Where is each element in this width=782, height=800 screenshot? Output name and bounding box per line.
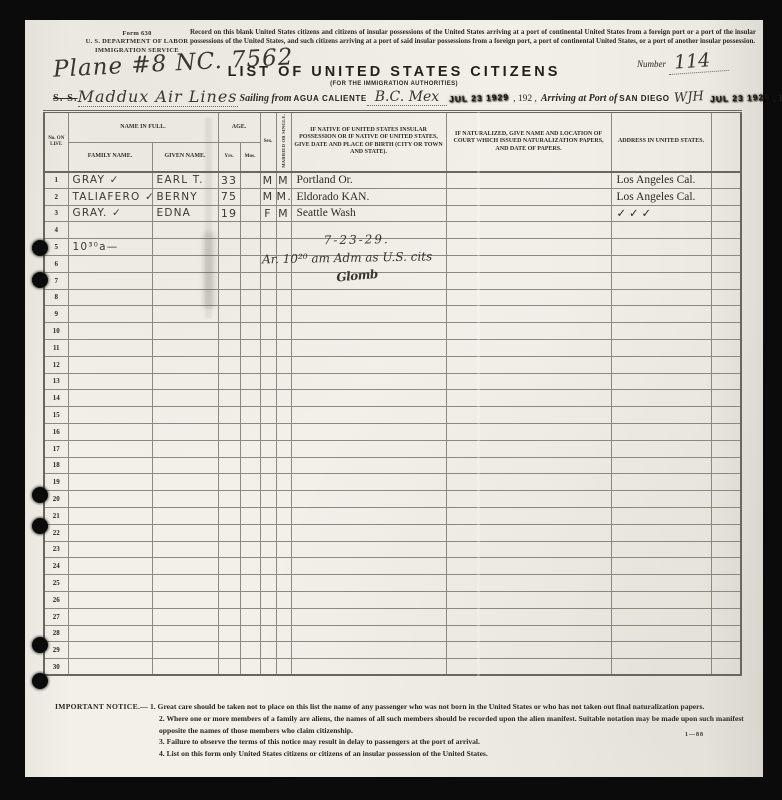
cell-address [611, 608, 711, 625]
cell-age-years [218, 373, 240, 390]
cell-age-years [218, 625, 240, 642]
cell-age-years [218, 323, 240, 340]
inspector-initials-handwritten: WJH [669, 89, 708, 107]
cell-address [611, 591, 711, 608]
cell-age-years: 33 [218, 172, 240, 189]
table-row: 1 GRAY ✓ EARL T. 33 M M Portland Or. Los… [44, 172, 741, 189]
cell-naturalization [446, 323, 611, 340]
year-blank-1: , 192 , [511, 94, 539, 104]
cell-age-months [240, 407, 260, 424]
scanned-document-page: Form 630 U. S. DEPARTMENT OF LABOR IMMIG… [0, 0, 782, 800]
admission-note-handwritten: 7-23-29. Ar. 10²⁰ am Adm as U.S. cits Gl… [262, 228, 533, 287]
cell-address [611, 306, 711, 323]
row-number: 18 [44, 457, 68, 474]
cell-naturalization [446, 474, 611, 491]
cell-age-years [218, 642, 240, 659]
cell-age-years [218, 524, 240, 541]
cell-married-single [276, 608, 291, 625]
cell-sex [260, 541, 276, 558]
cell-address [611, 625, 711, 642]
cell-address [611, 407, 711, 424]
cell-given-name [152, 541, 218, 558]
row-number: 19 [44, 474, 68, 491]
cell-naturalization [446, 625, 611, 642]
cell-married-single [276, 558, 291, 575]
cell-blank [711, 356, 741, 373]
cell-blank [711, 591, 741, 608]
cell-sex [260, 407, 276, 424]
sailing-line: S. S. Maddux Air Lines Sailing from AGUA… [53, 86, 761, 108]
table-row: 8 [44, 289, 741, 306]
cell-family-name [68, 423, 152, 440]
cell-married-single [276, 474, 291, 491]
cell-age-years [218, 474, 240, 491]
col-header-yrs: Yrs. [218, 142, 240, 171]
cell-married-single [276, 407, 291, 424]
cell-address [611, 222, 711, 239]
row-number: 11 [44, 339, 68, 356]
cell-address [611, 457, 711, 474]
cell-age-years [218, 491, 240, 508]
cell-naturalization [446, 172, 611, 189]
cell-age-months [240, 272, 260, 289]
row-number: 16 [44, 423, 68, 440]
cell-address [611, 289, 711, 306]
cell-birthplace [291, 659, 446, 676]
table-header: No. ON LIST. NAME IN FULL. AGE. Sex. MAR… [44, 112, 741, 172]
cell-blank [711, 608, 741, 625]
cell-given-name [152, 373, 218, 390]
cell-given-name [152, 407, 218, 424]
cell-naturalization [446, 524, 611, 541]
cell-naturalization [446, 289, 611, 306]
cell-blank [711, 222, 741, 239]
row-number: 10 [44, 323, 68, 340]
sailing-from-label: Sailing from [238, 93, 294, 104]
cell-family-name [68, 289, 152, 306]
cell-blank [711, 625, 741, 642]
cell-naturalization [446, 591, 611, 608]
cell-birthplace [291, 491, 446, 508]
cell-family-name [68, 390, 152, 407]
citizen-list-form: Form 630 U. S. DEPARTMENT OF LABOR IMMIG… [25, 20, 763, 777]
cell-age-months [240, 575, 260, 592]
cell-age-months [240, 642, 260, 659]
punch-hole [32, 518, 48, 534]
cell-age-years [218, 255, 240, 272]
cell-family-name [68, 474, 152, 491]
cell-address [611, 575, 711, 592]
cell-address [611, 642, 711, 659]
important-notice: IMPORTANT NOTICE.— 1. Great care should … [55, 701, 761, 760]
cell-family-name [68, 541, 152, 558]
row-number: 14 [44, 390, 68, 407]
cell-age-months [240, 356, 260, 373]
cell-sex [260, 356, 276, 373]
cell-age-months [240, 507, 260, 524]
col-header-married: MARRIED OR SINGLE. [276, 112, 291, 172]
cell-married-single [276, 507, 291, 524]
cell-naturalization [446, 205, 611, 222]
cell-age-years [218, 272, 240, 289]
cell-family-name [68, 524, 152, 541]
cell-naturalization [446, 457, 611, 474]
cell-naturalization [446, 440, 611, 457]
cell-given-name [152, 390, 218, 407]
cell-sex [260, 558, 276, 575]
cell-blank [711, 407, 741, 424]
cell-sex [260, 339, 276, 356]
passenger-table-wrap: No. ON LIST. NAME IN FULL. AGE. Sex. MAR… [43, 110, 742, 676]
punch-hole [32, 673, 48, 689]
cell-blank [711, 373, 741, 390]
cell-given-name [152, 507, 218, 524]
cell-blank [711, 172, 741, 189]
cell-birthplace [291, 440, 446, 457]
cell-family-name [68, 255, 152, 272]
cell-birthplace [291, 558, 446, 575]
cell-married-single: M. [276, 188, 291, 205]
cell-given-name [152, 323, 218, 340]
cell-address [611, 373, 711, 390]
cell-age-months [240, 390, 260, 407]
cell-address [611, 541, 711, 558]
cell-sex [260, 642, 276, 659]
cell-address [611, 474, 711, 491]
table-row: 10 [44, 323, 741, 340]
notice-item-2: 2. Where one or more members of a family… [159, 714, 744, 735]
notice-label: IMPORTANT NOTICE.— [55, 702, 148, 711]
table-row: 15 [44, 407, 741, 424]
cell-age-months [240, 659, 260, 676]
cell-birthplace [291, 289, 446, 306]
cell-married-single [276, 642, 291, 659]
cell-family-name: GRAY. ✓ [68, 205, 152, 222]
cell-birthplace [291, 591, 446, 608]
cell-age-months [240, 457, 260, 474]
cell-given-name [152, 423, 218, 440]
arriving-label: Arriving at Port of [539, 93, 619, 104]
cell-age-months [240, 474, 260, 491]
cell-blank [711, 239, 741, 256]
cell-age-months [240, 440, 260, 457]
table-row: 17 [44, 440, 741, 457]
cell-age-years [218, 423, 240, 440]
cell-blank [711, 289, 741, 306]
cell-address [611, 524, 711, 541]
col-header-sex: Sex. [260, 112, 276, 172]
cell-family-name [68, 591, 152, 608]
cell-address [611, 356, 711, 373]
arrival-port-stamp: SAN DIEGO [619, 94, 669, 103]
cell-family-name [68, 507, 152, 524]
cell-given-name [152, 591, 218, 608]
cell-given-name [152, 339, 218, 356]
cell-blank [711, 524, 741, 541]
cell-married-single [276, 541, 291, 558]
origin-note-handwritten: B.C. Mex [367, 89, 447, 106]
cell-sex [260, 474, 276, 491]
cell-blank [711, 339, 741, 356]
cell-age-months [240, 239, 260, 256]
cell-birthplace [291, 642, 446, 659]
cell-sex [260, 323, 276, 340]
cell-age-months [240, 524, 260, 541]
cell-naturalization [446, 558, 611, 575]
row-number: 21 [44, 507, 68, 524]
table-row: 9 [44, 306, 741, 323]
table-row: 2 TALIAFERO ✓ BERNY 75 M M. Eldorado KAN… [44, 188, 741, 205]
cell-married-single [276, 356, 291, 373]
punch-hole [32, 487, 48, 503]
cell-age-months [240, 289, 260, 306]
cell-given-name [152, 575, 218, 592]
table-row: 13 [44, 373, 741, 390]
cell-age-years: 19 [218, 205, 240, 222]
cell-age-years [218, 289, 240, 306]
cell-naturalization [446, 306, 611, 323]
row-number: 13 [44, 373, 68, 390]
cell-birthplace [291, 306, 446, 323]
cell-married-single: M [276, 205, 291, 222]
cell-family-name [68, 558, 152, 575]
cell-sex [260, 306, 276, 323]
row-number: 28 [44, 625, 68, 642]
cell-family-name [68, 457, 152, 474]
cell-age-years [218, 558, 240, 575]
cell-birthplace [291, 575, 446, 592]
cell-sex [260, 390, 276, 407]
cell-birthplace [291, 524, 446, 541]
cell-address [611, 507, 711, 524]
cell-birthplace [291, 390, 446, 407]
cell-birthplace [291, 541, 446, 558]
table-row: 27 [44, 608, 741, 625]
passenger-table: No. ON LIST. NAME IN FULL. AGE. Sex. MAR… [43, 110, 742, 676]
cell-blank [711, 491, 741, 508]
row-number: 24 [44, 558, 68, 575]
punch-hole [32, 637, 48, 653]
cell-sex [260, 507, 276, 524]
cell-birthplace [291, 474, 446, 491]
cell-given-name [152, 659, 218, 676]
cell-birthplace [291, 423, 446, 440]
cell-sex [260, 440, 276, 457]
col-header-naturalized: IF NATURALIZED, GIVE NAME AND LOCATION O… [446, 112, 611, 172]
cell-age-months [240, 306, 260, 323]
cell-blank [711, 541, 741, 558]
cell-age-years [218, 239, 240, 256]
cell-naturalization [446, 541, 611, 558]
cell-blank [711, 575, 741, 592]
row-number: 3 [44, 205, 68, 222]
cell-married-single [276, 659, 291, 676]
cell-age-years [218, 390, 240, 407]
row-number: 12 [44, 356, 68, 373]
table-row: 14 [44, 390, 741, 407]
cell-birthplace: Eldorado KAN. [291, 188, 446, 205]
notice-item-4: 4. List on this form only United States … [159, 749, 488, 758]
cell-birthplace [291, 457, 446, 474]
table-row: 20 [44, 491, 741, 508]
cell-age-months [240, 205, 260, 222]
table-row: 30 [44, 659, 741, 676]
cell-blank [711, 507, 741, 524]
cell-family-name [68, 222, 152, 239]
cell-given-name [152, 642, 218, 659]
cell-naturalization [446, 507, 611, 524]
table-row: 16 [44, 423, 741, 440]
cell-naturalization [446, 575, 611, 592]
cell-address [611, 423, 711, 440]
table-row: 11 [44, 339, 741, 356]
cell-age-months [240, 172, 260, 189]
cell-given-name [152, 474, 218, 491]
cell-age-months [240, 541, 260, 558]
cell-family-name: TALIAFERO ✓ [68, 188, 152, 205]
cell-address [611, 255, 711, 272]
cell-blank [711, 423, 741, 440]
row-number: 4 [44, 222, 68, 239]
table-row: 26 [44, 591, 741, 608]
row-number: 25 [44, 575, 68, 592]
cell-blank [711, 390, 741, 407]
cell-birthplace [291, 339, 446, 356]
row-number: 8 [44, 289, 68, 306]
date-stamp-2: JUL 23 1929 [707, 92, 771, 104]
cell-birthplace: Seattle Wash [291, 205, 446, 222]
cell-given-name [152, 625, 218, 642]
col-header-mos: Mos. [240, 142, 260, 171]
cell-family-name [68, 491, 152, 508]
cell-naturalization [446, 188, 611, 205]
cell-address [611, 239, 711, 256]
cell-birthplace [291, 407, 446, 424]
cell-naturalization [446, 407, 611, 424]
cell-age-years [218, 440, 240, 457]
cell-sex [260, 423, 276, 440]
cell-blank [711, 255, 741, 272]
cell-family-name [68, 356, 152, 373]
cell-age-months [240, 608, 260, 625]
col-header-address: ADDRESS IN UNITED STATES. [611, 112, 711, 172]
cell-married-single [276, 491, 291, 508]
cell-age-years [218, 507, 240, 524]
punch-hole [32, 240, 48, 256]
cell-sex: M [260, 188, 276, 205]
cell-address [611, 558, 711, 575]
cell-naturalization [446, 423, 611, 440]
cell-birthplace [291, 323, 446, 340]
year-blank-2: , 192 [772, 94, 782, 104]
cell-age-months [240, 558, 260, 575]
cell-family-name [68, 373, 152, 390]
cell-address [611, 272, 711, 289]
cell-blank [711, 558, 741, 575]
cell-family-name [68, 642, 152, 659]
cell-family-name [68, 440, 152, 457]
cell-blank [711, 306, 741, 323]
ss-label: S. S. [53, 93, 78, 104]
form-print-code: 1—88 [685, 732, 704, 738]
row-number: 6 [44, 255, 68, 272]
cell-family-name: 10³⁰a— [68, 239, 152, 256]
cell-age-months [240, 591, 260, 608]
table-row: 22 [44, 524, 741, 541]
cell-given-name [152, 440, 218, 457]
cell-married-single [276, 306, 291, 323]
cell-age-months [240, 323, 260, 340]
cell-birthplace [291, 356, 446, 373]
row-number: 9 [44, 306, 68, 323]
col-header-name: NAME IN FULL. [68, 112, 218, 143]
cell-address [611, 491, 711, 508]
col-header-blank [711, 112, 741, 172]
table-row: 18 [44, 457, 741, 474]
cell-address [611, 659, 711, 676]
cell-age-months [240, 373, 260, 390]
table-row: 29 [44, 642, 741, 659]
cell-naturalization [446, 642, 611, 659]
cell-blank [711, 457, 741, 474]
cell-age-months [240, 188, 260, 205]
cell-blank [711, 272, 741, 289]
cell-family-name [68, 339, 152, 356]
cell-given-name [152, 524, 218, 541]
cell-age-years [218, 608, 240, 625]
cell-blank [711, 188, 741, 205]
cell-given-name [152, 356, 218, 373]
table-row: 3 GRAY. ✓ EDNA 19 F M Seattle Wash ✓ ✓ ✓ [44, 205, 741, 222]
table-row: 25 [44, 575, 741, 592]
cell-age-months [240, 423, 260, 440]
cell-married-single: M [276, 172, 291, 189]
cell-age-months [240, 625, 260, 642]
cell-address: ✓ ✓ ✓ [611, 205, 711, 222]
cell-blank [711, 659, 741, 676]
table-row: 23 [44, 541, 741, 558]
cell-age-years [218, 541, 240, 558]
cell-blank [711, 642, 741, 659]
notice-item-3: 3. Failure to observe the terms of this … [159, 737, 480, 746]
cell-address [611, 339, 711, 356]
cell-age-years [218, 457, 240, 474]
cell-family-name [68, 407, 152, 424]
cell-sex [260, 289, 276, 306]
record-instructions-paragraph: Record on this blank United States citiz… [190, 28, 756, 47]
cell-family-name [68, 306, 152, 323]
cell-age-months [240, 222, 260, 239]
row-number: 15 [44, 407, 68, 424]
cell-age-years [218, 591, 240, 608]
cell-address [611, 323, 711, 340]
cell-married-single [276, 373, 291, 390]
cell-address [611, 390, 711, 407]
cell-married-single [276, 457, 291, 474]
cell-married-single [276, 591, 291, 608]
cell-naturalization [446, 491, 611, 508]
row-number: 17 [44, 440, 68, 457]
cell-age-months [240, 339, 260, 356]
cell-sex: M [260, 172, 276, 189]
table-row: 12 [44, 356, 741, 373]
table-row: 21 [44, 507, 741, 524]
cell-age-years: 75 [218, 188, 240, 205]
row-number: 1 [44, 172, 68, 189]
cell-age-years [218, 222, 240, 239]
cell-age-years [218, 306, 240, 323]
cell-blank [711, 205, 741, 222]
